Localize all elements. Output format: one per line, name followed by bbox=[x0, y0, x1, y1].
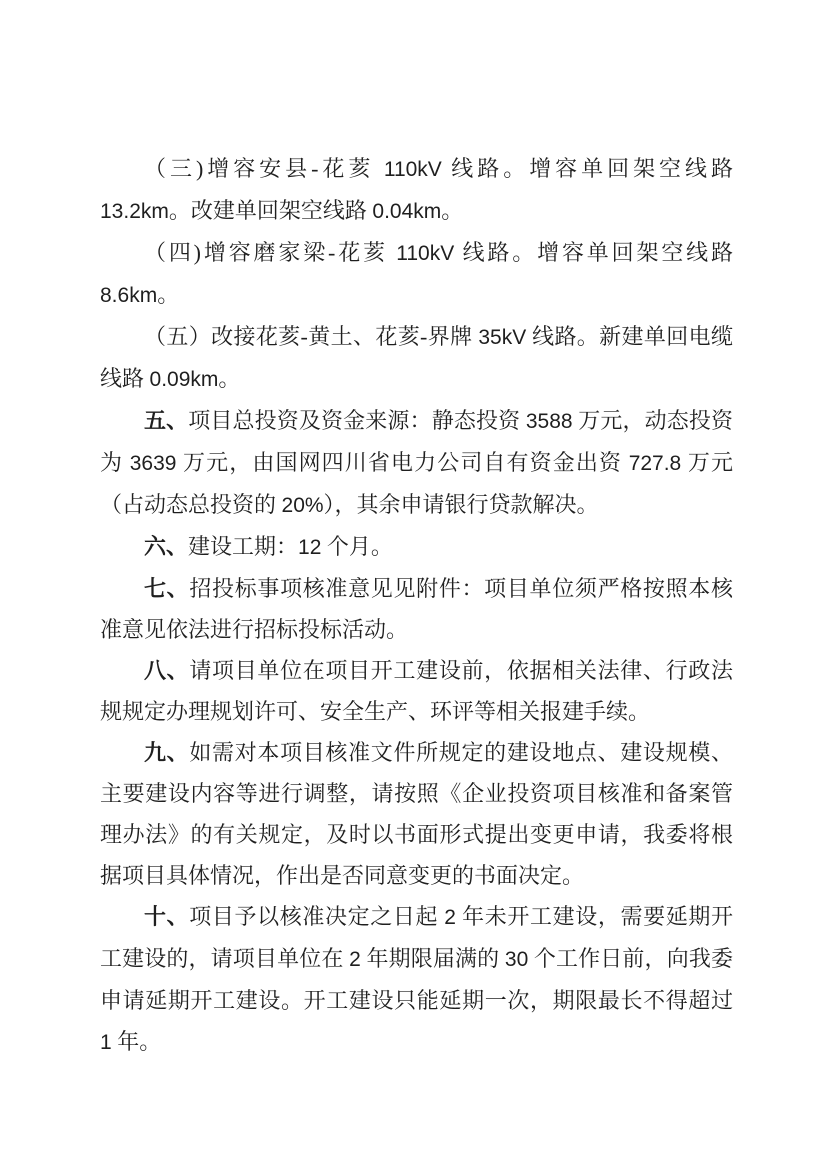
document-page: （三)增容安县-花荄 110kV 线路。增容单回架空线路 13.2km。改建单回… bbox=[0, 0, 826, 1169]
text-run: 九、 bbox=[144, 740, 189, 765]
text-run: 七、 bbox=[144, 576, 189, 601]
text-run: 。 bbox=[218, 366, 240, 391]
paragraph: 八、请项目单位在项目开工建设前，依据相关法律、行政法规规定办理规划许可、安全生产… bbox=[100, 650, 733, 732]
text-run: 2 bbox=[349, 948, 361, 971]
text-run: 招投标事项核准意见见附件：项目单位须严格按照本核准意见依法进行招标投标活动。 bbox=[100, 576, 733, 642]
text-run: 建设工期： bbox=[188, 534, 298, 559]
text-run: 30 bbox=[505, 948, 528, 971]
text-run: 12 bbox=[298, 536, 321, 559]
text-run: 。改建单回架空线路 bbox=[169, 198, 373, 223]
text-run: ），其余申请银行贷款解决。 bbox=[324, 492, 599, 517]
text-run: 20% bbox=[282, 494, 324, 517]
text-run: （五）改接花荄-黄土、花荄-界牌 bbox=[144, 324, 478, 349]
paragraph: （三)增容安县-花荄 110kV 线路。增容单回架空线路 13.2km。改建单回… bbox=[100, 148, 733, 232]
text-run: 。 bbox=[441, 198, 463, 223]
text-run: 项目予以核准决定之日起 bbox=[189, 904, 444, 929]
text-run: 五、 bbox=[144, 408, 188, 433]
text-run: （四)增容磨家梁-花荄 bbox=[144, 240, 396, 265]
text-run: 3639 bbox=[130, 452, 177, 475]
text-run: 线路。增容单回架空线路 bbox=[454, 240, 733, 265]
paragraph: 九、如需对本项目核准文件所规定的建设地点、建设规模、主要建设内容等进行调整，请按… bbox=[100, 732, 733, 896]
paragraph: （五）改接花荄-黄土、花荄-界牌 35kV 线路。新建单回电缆线路 0.09km… bbox=[100, 316, 733, 400]
text-run: 年。 bbox=[112, 1029, 162, 1054]
text-run: 35kV bbox=[478, 326, 526, 349]
text-run: 线路。增容单回架空线路 bbox=[442, 156, 733, 181]
text-run: 年期限届满的 bbox=[361, 946, 505, 971]
text-run: 110kV bbox=[384, 158, 442, 181]
text-run: 0.09km bbox=[150, 368, 219, 391]
text-run: 727.8 bbox=[629, 452, 682, 475]
text-run: 0.04km bbox=[372, 200, 441, 223]
text-run: 项目总投资及资金来源：静态投资 bbox=[188, 408, 526, 433]
text-run: 如需对本项目核准文件所规定的建设地点、建设规模、主要建设内容等进行调整，请按照《… bbox=[100, 740, 733, 888]
paragraph: （四)增容磨家梁-花荄 110kV 线路。增容单回架空线路 8.6km。 bbox=[100, 232, 733, 316]
text-run: 八、 bbox=[144, 658, 189, 683]
text-run: 1 bbox=[100, 1031, 112, 1054]
paragraph: 五、项目总投资及资金来源：静态投资 3588 万元，动态投资为 3639 万元，… bbox=[100, 400, 733, 526]
text-run: 六、 bbox=[144, 534, 188, 559]
paragraph: 七、招投标事项核准意见见附件：项目单位须严格按照本核准意见依法进行招标投标活动。 bbox=[100, 568, 733, 650]
text-run: 8.6km bbox=[100, 284, 157, 307]
paragraph: 十、项目予以核准决定之日起 2 年未开工建设，需要延期开工建设的，请项目单位在 … bbox=[100, 896, 733, 1063]
text-run: 3588 bbox=[526, 410, 573, 433]
text-run: 个月。 bbox=[321, 534, 393, 559]
text-run: 十、 bbox=[144, 904, 189, 929]
text-run: （三)增容安县-花荄 bbox=[144, 156, 384, 181]
text-run: 万元，由国网四川省电力公司自有资金出资 bbox=[176, 450, 628, 475]
text-run: 。 bbox=[157, 282, 179, 307]
paragraph: 六、建设工期：12 个月。 bbox=[100, 526, 733, 568]
text-run: 2 bbox=[444, 906, 456, 929]
text-run: 请项目单位在项目开工建设前，依据相关法律、行政法规规定办理规划许可、安全生产、环… bbox=[100, 658, 733, 724]
text-run: 110kV bbox=[396, 242, 454, 265]
document-body: （三)增容安县-花荄 110kV 线路。增容单回架空线路 13.2km。改建单回… bbox=[100, 148, 733, 1063]
text-run: 13.2km bbox=[100, 200, 169, 223]
